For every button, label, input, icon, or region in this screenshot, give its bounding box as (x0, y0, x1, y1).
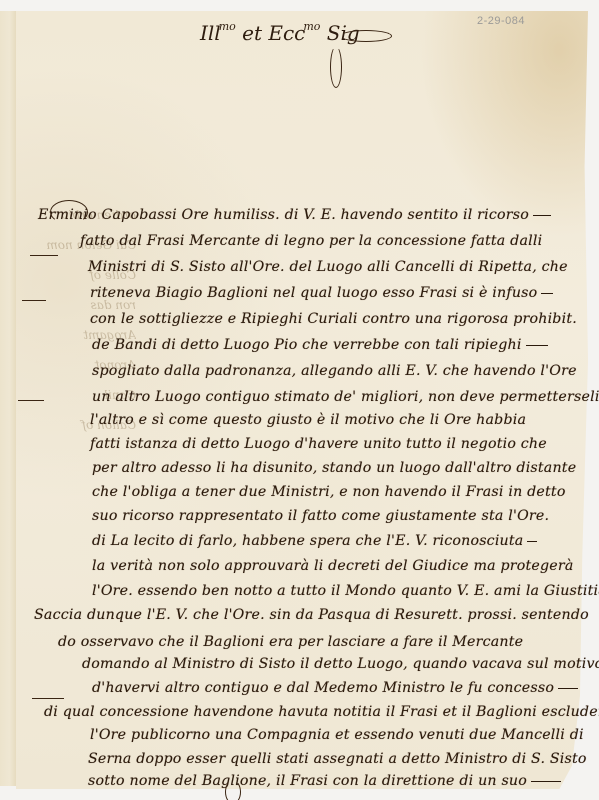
line-text: d'havervi altro contiguo e dal Medemo Mi… (92, 680, 554, 696)
line-text: fatto dal Frasi Mercante di legno per la… (80, 233, 542, 249)
body-line: fatto dal Frasi Mercante di legno per la… (80, 233, 542, 249)
line-text: Erminio Capobassi Ore humiliss. di V. E.… (38, 207, 529, 223)
body-line: la verità non solo approuvarà li decreti… (92, 558, 574, 574)
line-text: l'Ore. essendo ben notto a tutto il Mond… (92, 583, 599, 599)
line-text: domando al Ministro di Sisto il detto Lu… (82, 656, 599, 672)
body-line: di La lecito di farlo, habbene spera che… (92, 533, 537, 549)
line-text: fatti istanza di detto Luogo d'havere un… (90, 436, 547, 452)
line-text: di La lecito di farlo, habbene spera che… (92, 533, 523, 549)
body-line: Saccia dunque l'E. V. che l'Ore. sin da … (34, 607, 589, 623)
line-end-dash (541, 293, 553, 294)
body-line: sotto nome del Baglione, il Frasi con la… (88, 773, 561, 789)
line-end-dash (526, 345, 548, 346)
margin-ink-stroke (18, 400, 44, 401)
line-end-dash (531, 781, 561, 782)
margin-ink-stroke (22, 300, 46, 301)
body-line: do osservavo che il Baglioni era per las… (58, 634, 523, 650)
body-line: Ministri di S. Sisto all'Ore. del Luogo … (88, 259, 568, 275)
line-text: suo ricorso rappresentato il fatto come … (92, 508, 549, 524)
line-text: l'Ore publicorno una Compagnia et essend… (90, 727, 584, 743)
line-text: un altro Luogo contiguo stimato de' migl… (92, 389, 599, 405)
body-line: di qual concessione havendone havuta not… (44, 704, 599, 720)
margin-ink-stroke (30, 255, 58, 256)
body-line: l'Ore. essendo ben notto a tutto il Mond… (92, 583, 599, 599)
body-line: un altro Luogo contiguo stimato de' migl… (92, 389, 599, 405)
body-line: suo ricorso rappresentato il fatto come … (92, 508, 549, 524)
line-text: do osservavo che il Baglioni era per las… (58, 634, 523, 650)
line-text: riteneva Biagio Baglioni nel qual luogo … (90, 285, 537, 301)
line-text: che l'obliga a tener due Ministri, e non… (92, 484, 566, 500)
line-text: la verità non solo approuvarà li decreti… (92, 558, 574, 574)
line-text: per altro adesso li ha disunito, stando … (92, 460, 576, 476)
body-line: che l'obliga a tener due Ministri, e non… (92, 484, 566, 500)
body-line: per altro adesso li ha disunito, stando … (92, 460, 576, 476)
body-line: l'Ore publicorno una Compagnia et essend… (90, 727, 584, 743)
body-line: domando al Ministro di Sisto il detto Lu… (82, 656, 599, 672)
line-end-dash (533, 215, 551, 216)
ink-flourish (225, 780, 241, 800)
line-end-dash (527, 541, 537, 542)
body-line: d'havervi altro contiguo e dal Medemo Mi… (92, 680, 578, 696)
line-text: di qual concessione havendone havuta not… (44, 704, 599, 720)
letter-body: Erminio Capobassi Ore humiliss. di V. E.… (0, 0, 599, 800)
ink-flourish (50, 200, 88, 224)
line-text: Ministri di S. Sisto all'Ore. del Luogo … (88, 259, 568, 275)
line-text: de Bandi di detto Luogo Pio che verrebbe… (92, 337, 522, 353)
body-line: Serna doppo esser quelli stati assegnati… (88, 751, 587, 767)
document-scan: 2-29-084 Illmo et Eccmo Sig ordien orbio… (0, 0, 599, 800)
line-end-dash (558, 688, 578, 689)
body-line: fatti istanza di detto Luogo d'havere un… (90, 436, 547, 452)
body-line: riteneva Biagio Baglioni nel qual luogo … (90, 285, 553, 301)
body-line: l'altro e sì come questo giusto è il mot… (90, 412, 526, 428)
line-text: con le sottigliezze e Ripieghi Curiali c… (90, 311, 577, 327)
line-text: sotto nome del Baglione, il Frasi con la… (88, 773, 527, 789)
body-line: de Bandi di detto Luogo Pio che verrebbe… (92, 337, 548, 353)
line-text: Saccia dunque l'E. V. che l'Ore. sin da … (34, 607, 589, 623)
line-text: spogliato dalla padronanza, allegando al… (92, 363, 577, 379)
body-line: Erminio Capobassi Ore humiliss. di V. E.… (38, 207, 551, 223)
margin-ink-stroke (32, 698, 64, 699)
line-text: Serna doppo esser quelli stati assegnati… (88, 751, 587, 767)
body-line: con le sottigliezze e Ripieghi Curiali c… (90, 311, 577, 327)
line-text: l'altro e sì come questo giusto è il mot… (90, 412, 526, 428)
body-line: spogliato dalla padronanza, allegando al… (92, 363, 577, 379)
